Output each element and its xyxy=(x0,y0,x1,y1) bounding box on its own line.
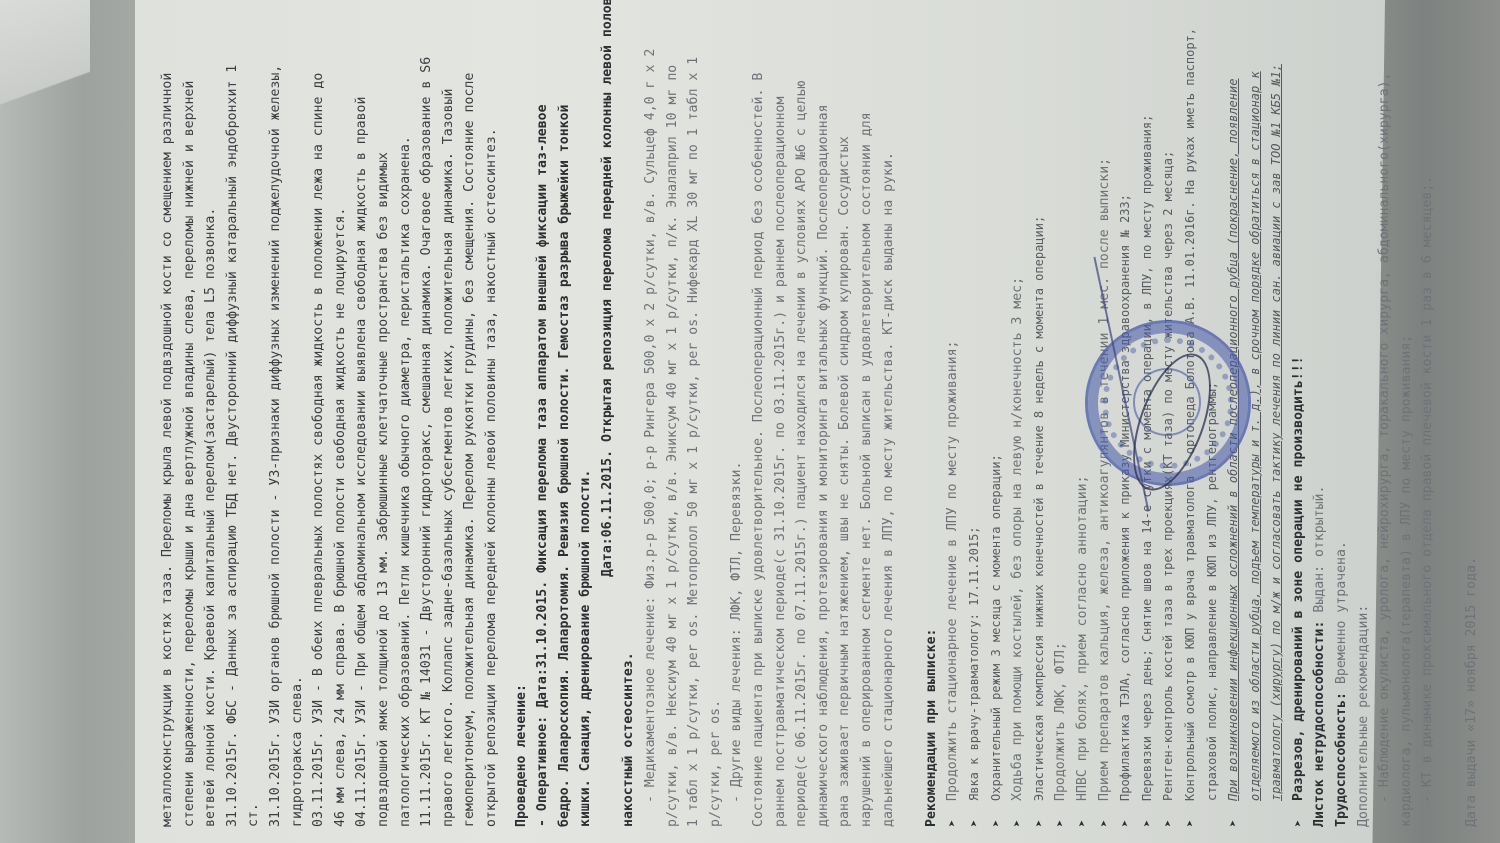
bullet-arrow-icon: ➤ xyxy=(1223,801,1245,827)
exam-line: ст. xyxy=(243,27,265,827)
medication-line: р/сутки, в/в. Нексиум 40 мг х 1 р/сутки,… xyxy=(662,27,684,827)
additional-line: - КТ в динамике проксимального отдела пр… xyxy=(1417,27,1439,827)
exam-line: правого легкого. Коллапс задне-базальных… xyxy=(438,27,460,827)
work-capacity-value: Временно утрачена. xyxy=(1334,541,1349,684)
document-body: металлоконструкции в костях таза. Перело… xyxy=(157,27,1500,827)
additional-heading: Дополнительные рекомендации: xyxy=(1353,27,1375,827)
recommendation-item-cont: травматологу (хирургу) по м/ж и согласов… xyxy=(1266,27,1288,827)
sick-leave-label: Листок нетрудоспособности: xyxy=(1312,621,1327,827)
exam-line: подвздошной ямке толщиной до 13 мм. Забр… xyxy=(373,27,395,827)
medication-line: р/сутки, per os. xyxy=(705,27,727,827)
recommendation-item: ➤Продолжить стационарное лечение в ЛПУ п… xyxy=(942,27,964,827)
condition-line: динамического наблюдения, протезирования… xyxy=(813,27,835,827)
bullet-arrow-icon: ➤ xyxy=(1094,801,1116,827)
treatment-section: Проведено лечение: - Оперативное: Дата:3… xyxy=(511,27,900,827)
bullet-arrow-icon: ➤ xyxy=(1029,801,1051,827)
recommendation-item: ➤Охранительный режим 3 месяца с момента … xyxy=(986,27,1008,827)
operative-label: - Оперативное: xyxy=(535,716,550,827)
exam-line: 31.10.2015г. ФБС - Данных за аспирацию Т… xyxy=(222,27,244,827)
condition-line: периоде(с 06.11.2015г. по 07.11.2015г.) … xyxy=(791,27,813,827)
work-capacity-row: Трудоспособность: Временно утрачена. xyxy=(1331,27,1353,827)
condition-line: дальнейшего стационарного лечения в ЛПУ,… xyxy=(878,27,900,827)
exam-line: 04.11.2015г. УЗИ - При общем абдоминальн… xyxy=(351,27,373,827)
operation-1-cont: кишки. Санация, дренирование брюшной пол… xyxy=(575,27,597,827)
medication-line: 1 табл х 1 р/сутки, per os. Метопролол 5… xyxy=(683,27,705,827)
exam-line: 11.11.2015г. КТ № 14031 - Двусторонний г… xyxy=(416,27,438,827)
exam-line: степени выраженности, переломы крыши и д… xyxy=(179,27,201,827)
exam-line: гидроторакса слева. xyxy=(287,27,309,827)
recommendation-warning: ➤Разрезов, дренирований в зоне операции … xyxy=(1288,27,1310,827)
recommendation-item: ➤Продолжить ЛФК, ФТЛ; xyxy=(1050,27,1072,827)
recommendations-heading: Рекомендации при выписке: xyxy=(921,27,943,827)
operation-1-text: Фиксация перелома таза аппаратом внешней… xyxy=(535,104,550,572)
exam-line: металлоконструкции в костях таза. Перело… xyxy=(157,27,179,827)
operation-2-date: Дата:06.11.2015. xyxy=(600,450,615,577)
issue-date: Дата выдачи «17» ноября 2015 года. xyxy=(1461,27,1483,827)
sick-leave-value: Выдан: открытый. xyxy=(1312,486,1327,613)
operation-1-cont: бедро. Лапароскопия. Лапаротомия. Ревизи… xyxy=(554,27,576,827)
condition-line: рана заживает первичным натяжением, швы … xyxy=(834,27,856,827)
additional-line: кардиолога, пульмонолога(терапевта) в ЛП… xyxy=(1396,27,1418,827)
condition-line: раннем посттравматическом периоде(с 31.1… xyxy=(770,27,792,827)
bullet-arrow-icon: ➤ xyxy=(1050,801,1072,827)
sick-leave-row: Листок нетрудоспособности: Выдан: открыт… xyxy=(1309,27,1331,827)
operation-1-date: Дата:31.10.2015. xyxy=(535,581,550,708)
medication-line: - Медикаментозное лечение: Физ.р-р 500,0… xyxy=(640,27,662,827)
exam-line: 46 мм слева, 24 мм справа. В брюшной пол… xyxy=(330,27,352,827)
exam-line: патологических образований. Петли кишечн… xyxy=(395,27,417,827)
bullet-arrow-icon: ➤ xyxy=(942,801,964,827)
treatment-heading: Проведено лечение: xyxy=(511,27,533,827)
condition-line: нарушений в оперированном сегменте нет. … xyxy=(856,27,878,827)
examination-results: металлоконструкции в костях таза. Перело… xyxy=(157,27,503,827)
page-fold xyxy=(0,0,90,140)
condition-line: Состояние пациента при выписке удовлетво… xyxy=(748,27,770,827)
other-treatment-line: - Другие виды лечения: ЛФК, ФТЛ, Перевяз… xyxy=(726,27,748,827)
bullet-arrow-icon: ➤ xyxy=(964,801,986,827)
bullet-arrow-icon: ➤ xyxy=(1137,801,1159,827)
recommendation-item-cont: отделяемого из области рубца, подъем тем… xyxy=(1245,27,1267,827)
bullet-arrow-icon: ➤ xyxy=(1180,801,1202,827)
bullet-arrow-icon: ➤ xyxy=(1288,801,1310,827)
bullet-arrow-icon: ➤ xyxy=(1007,801,1029,827)
exam-line: открытой репозиции перелома передней кол… xyxy=(481,27,503,827)
additional-recommendations: Дополнительные рекомендации: - Наблюдени… xyxy=(1353,27,1439,827)
recommendation-item: ➤Явка к врачу-травматологу: 17.11.2015; xyxy=(964,27,986,827)
exam-line: ветвей лонной кости. Краевой капитальный… xyxy=(200,27,222,827)
bullet-arrow-icon: ➤ xyxy=(1158,801,1180,827)
operation-2-cont: накостный остеосинтез. xyxy=(618,27,640,827)
exam-line: 03.11.2015г. УЗИ - В обеих плевральных п… xyxy=(308,27,330,827)
bullet-arrow-icon: ➤ xyxy=(1072,801,1094,827)
exam-line: гемоперитонеум, положительная динамика. … xyxy=(459,27,481,827)
bullet-arrow-icon: ➤ xyxy=(1115,801,1137,827)
work-capacity-label: Трудоспособность: xyxy=(1334,692,1349,827)
recommendation-item: ➤Эластическая компрессия нижних конечнос… xyxy=(1029,27,1051,827)
recommendation-item: ➤Ходьба при помощи костылей, без опоры н… xyxy=(1007,27,1029,827)
exam-line: 31.10.2015г. УЗИ органов брюшной полости… xyxy=(265,27,287,827)
additional-line: - Наблюдение окулиста, уролога, нейрохир… xyxy=(1374,27,1396,827)
bullet-arrow-icon: ➤ xyxy=(986,801,1008,827)
operation-2-text: Открытая репозиция перелома передней кол… xyxy=(600,0,615,442)
